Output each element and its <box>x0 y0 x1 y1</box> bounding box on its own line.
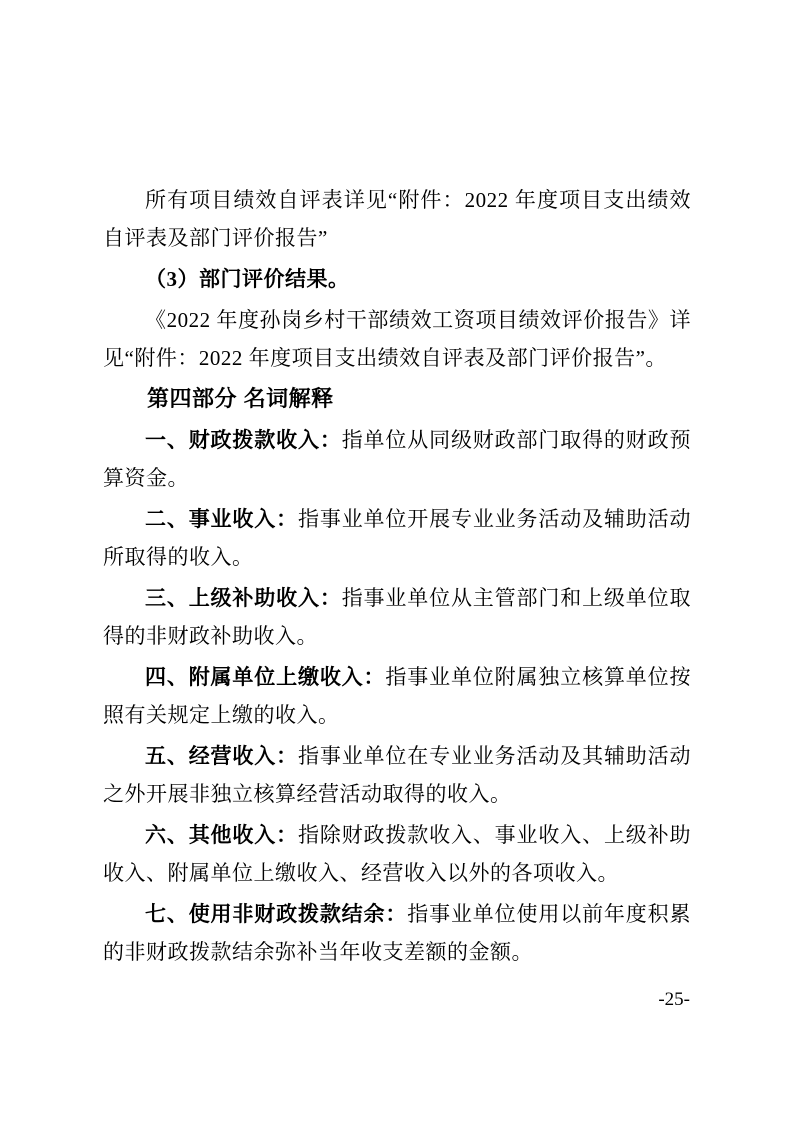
paragraph-dept-eval-result-heading: （3）部门评价结果。 <box>103 260 691 298</box>
term-6-other-income: 六、其他收入：指除财政拨款收入、事业收入、上级补助收入、附属单位上缴收入、经营收… <box>103 816 691 892</box>
term-3-superior-subsidy-income: 三、上级补助收入：指事业单位从主管部门和上级单位取得的非财政补助收入。 <box>103 579 691 655</box>
term-1-fiscal-appropriation-income: 一、财政拨款收入：指单位从同级财政部门取得的财政预算资金。 <box>103 421 691 497</box>
text-run: 二、事业收入： <box>145 507 298 531</box>
paragraph-eval-report-reference: 《2022 年度孙岗乡村干部绩效工资项目绩效评价报告》详见“附件：2022 年度… <box>103 301 691 377</box>
document-body: 所有项目绩效自评表详见“附件：2022 年度项目支出绩效自评表及部门评价报告”（… <box>103 181 691 974</box>
text-run: 五、经营收入： <box>145 744 298 768</box>
text-run: 一、财政拨款收入： <box>145 428 342 452</box>
text-run: 四、附属单位上缴收入： <box>145 665 385 689</box>
text-run: 所有项目绩效自评表详见“附件：2022 年度项目支出绩效自评表及部门评价报告” <box>103 188 691 250</box>
text-run: 《2022 年度孙岗乡村干部绩效工资项目绩效评价报告》详见“附件：2022 年度… <box>103 308 691 370</box>
term-2-operating-income: 二、事业收入：指事业单位开展专业业务活动及辅助活动所取得的收入。 <box>103 500 691 576</box>
term-7-use-of-non-fiscal-appropriation-surplus: 七、使用非财政拨款结余：指事业单位使用以前年度积累的非财政拨款结余弥补当年收支差… <box>103 895 691 971</box>
text-run: 第四部分 名词解释 <box>147 386 334 411</box>
page-number: -25- <box>658 989 690 1011</box>
text-run: 三、上级补助收入： <box>145 586 342 610</box>
text-run: 七、使用非财政拨款结余： <box>145 902 407 926</box>
text-run: （3）部门评价结果。 <box>145 267 350 291</box>
document-page: 所有项目绩效自评表详见“附件：2022 年度项目支出绩效自评表及部门评价报告”（… <box>0 0 793 1122</box>
term-4-affiliated-unit-remittance-income: 四、附属单位上缴收入：指事业单位附属独立核算单位按照有关规定上缴的收入。 <box>103 658 691 734</box>
term-5-business-income: 五、经营收入：指事业单位在专业业务活动及其辅助活动之外开展非独立核算经营活动取得… <box>103 737 691 813</box>
section-heading-part4-glossary: 第四部分 名词解释 <box>103 380 691 418</box>
text-run: 六、其他收入： <box>145 823 298 847</box>
paragraph-self-eval-tables-note: 所有项目绩效自评表详见“附件：2022 年度项目支出绩效自评表及部门评价报告” <box>103 181 691 257</box>
